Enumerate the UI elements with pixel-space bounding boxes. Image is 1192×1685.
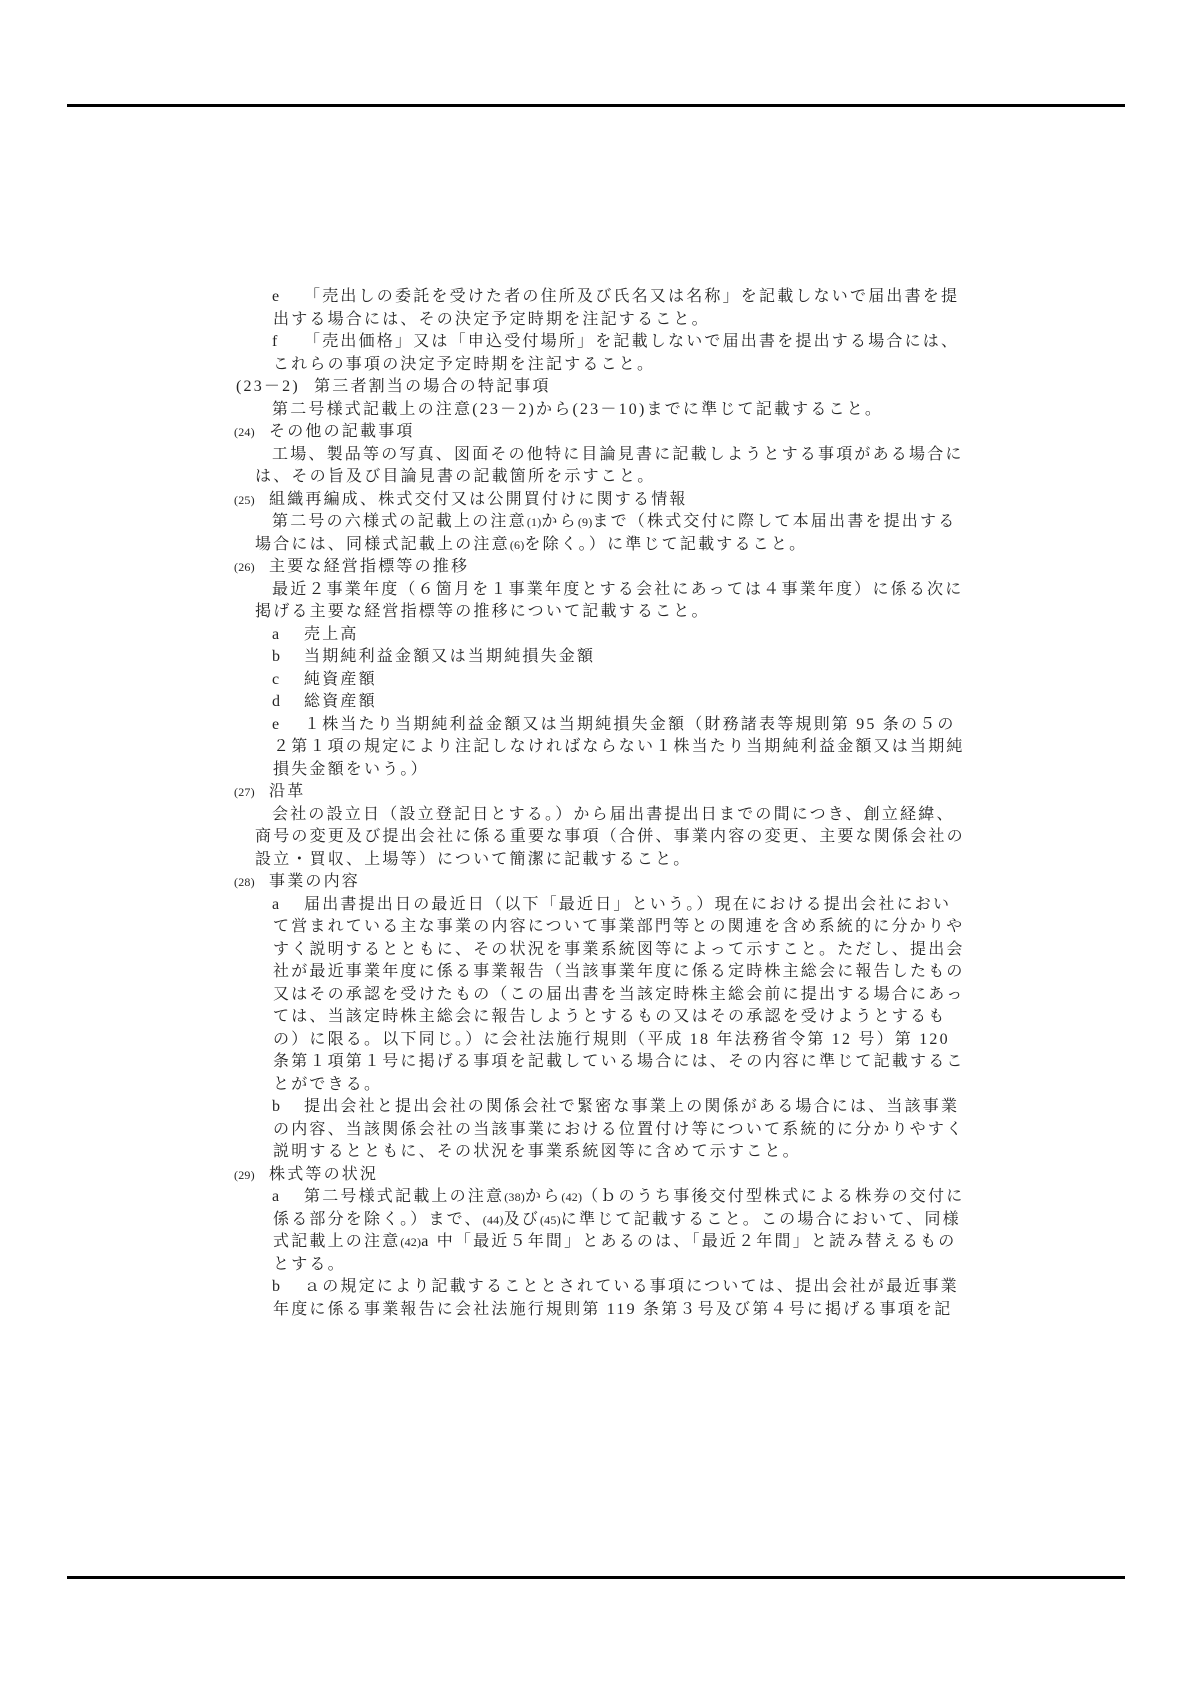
item-marker: b — [272, 1276, 282, 1299]
text-block: e １株当たり当期純利益金額又は当期純損失金額（財務諸表等規則第 95 条の５の… — [236, 714, 968, 782]
item-text: 純資産額 — [304, 671, 377, 688]
text-block: 工場、製品等の写真、図面その他特に目論見書に記載しようとする事項がある場合には、… — [236, 444, 968, 489]
item-marker: (24) — [234, 421, 255, 444]
item-text: 提出会社と提出会社の関係会社で緊密な事業上の関係がある場合には、当該事業の内容、… — [273, 1098, 964, 1160]
text-block: b 提出会社と提出会社の関係会社で緊密な事業上の関係がある場合には、当該事業の内… — [236, 1096, 968, 1164]
compact-ref-number: (6) — [510, 538, 525, 552]
item-text: １株当たり当期純利益金額又は当期純損失金額（財務諸表等規則第 95 条の５の２第… — [273, 716, 965, 778]
item-marker: (26) — [234, 556, 255, 579]
item-text: ａの規定により記載することとされている事項については、提出会社が最近事業年度に係… — [273, 1278, 959, 1318]
item-marker: f — [272, 331, 280, 354]
text-block: (26) 主要な経営指標等の推移 — [236, 556, 968, 579]
compact-ref-number: (38) — [504, 1190, 525, 1204]
item-marker: a — [272, 1186, 281, 1209]
text-block: (28) 事業の内容 — [236, 871, 968, 894]
item-marker: (28) — [234, 871, 255, 894]
text-block: e 「売出しの委託を受けた者の住所及び氏名又は名称」を記載しないで届出書を提出す… — [236, 286, 968, 331]
text-block: b ａの規定により記載することとされている事項については、提出会社が最近事業年度… — [236, 1276, 968, 1321]
item-marker: e — [272, 286, 281, 309]
compact-ref-number: (1) — [527, 515, 542, 529]
item-text: 第二号様式記載上の注意(38)から(42)（ｂのうち事後交付型株式による株券の交… — [273, 1188, 964, 1273]
item-text: 最近２事業年度（６箇月を１事業年度とする会社にあっては４事業年度）に係る次に掲げ… — [255, 581, 963, 621]
item-marker: (27) — [234, 781, 255, 804]
item-marker: (29) — [234, 1164, 255, 1187]
item-text: 総資産額 — [304, 693, 377, 710]
text-block: (27) 沿革 — [236, 781, 968, 804]
item-marker: c — [272, 669, 281, 692]
item-marker: b — [272, 1096, 282, 1119]
item-text: 届出書提出日の最近日（以下「最近日」という。）現在における提出会社において営まれ… — [273, 896, 965, 1093]
item-text: 会社の設立日（設立登記日とする。）から届出書提出日までの間につき、創立経緯、商号… — [255, 806, 965, 868]
item-text: 組織再編成、株式交付又は公開買付けに関する情報 — [269, 491, 688, 508]
compact-ref-number: (9) — [578, 515, 593, 529]
text-block: b 当期純利益金額又は当期純損失金額 — [236, 646, 968, 669]
item-marker: a — [272, 894, 281, 917]
text-block: 第二号の六様式の記載上の注意(1)から(9)まで（株式交付に際して本届出書を提出… — [236, 511, 968, 556]
text-block: a 売上高 — [236, 624, 968, 647]
document-body: e 「売出しの委託を受けた者の住所及び氏名又は名称」を記載しないで届出書を提出す… — [236, 286, 968, 1321]
text-block: (24) その他の記載事項 — [236, 421, 968, 444]
text-block: 最近２事業年度（６箇月を１事業年度とする会社にあっては４事業年度）に係る次に掲げ… — [236, 579, 968, 624]
text-block: (25) 組織再編成、株式交付又は公開買付けに関する情報 — [236, 489, 968, 512]
text-block: (29) 株式等の状況 — [236, 1164, 968, 1187]
item-text: 第二号の六様式の記載上の注意(1)から(9)まで（株式交付に際して本届出書を提出… — [255, 513, 956, 553]
bottom-rule — [67, 1576, 1125, 1579]
item-text: 第三者割当の場合の特記事項 — [314, 378, 551, 395]
item-text: 事業の内容 — [269, 873, 360, 890]
text-block: c 純資産額 — [236, 669, 968, 692]
item-marker: e — [272, 714, 281, 737]
item-text: その他の記載事項 — [269, 423, 415, 440]
item-text: 第二号様式記載上の注意(23－2)から(23－10)までに準じて記載すること。 — [272, 401, 883, 418]
item-text: 「売出しの委託を受けた者の住所及び氏名又は名称」を記載しないで届出書を提出する場… — [273, 288, 959, 328]
item-marker: a — [272, 624, 281, 647]
item-marker: d — [272, 691, 282, 714]
item-marker: b — [272, 646, 282, 669]
document-page: e 「売出しの委託を受けた者の住所及び氏名又は名称」を記載しないで届出書を提出す… — [0, 0, 1192, 1685]
item-marker: (25) — [234, 489, 255, 512]
text-block: d 総資産額 — [236, 691, 968, 714]
item-text: 沿革 — [269, 783, 305, 800]
text-block: 第二号様式記載上の注意(23－2)から(23－10)までに準じて記載すること。 — [236, 399, 968, 422]
item-text: 売上高 — [304, 626, 359, 643]
top-rule — [67, 104, 1125, 107]
compact-ref-number: (42) — [561, 1190, 582, 1204]
text-block: f 「売出価格」又は「申込受付場所」を記載しないで届出書を提出する場合には、これ… — [236, 331, 968, 376]
item-text: 当期純利益金額又は当期純損失金額 — [304, 648, 595, 665]
item-text: 株式等の状況 — [269, 1166, 378, 1183]
text-block: 会社の設立日（設立登記日とする。）から届出書提出日までの間につき、創立経緯、商号… — [236, 804, 968, 872]
item-text: 「売出価格」又は「申込受付場所」を記載しないで届出書を提出する場合には、これらの… — [273, 333, 959, 373]
text-block: (23－2) 第三者割当の場合の特記事項 — [236, 376, 968, 399]
text-block: a 第二号様式記載上の注意(38)から(42)（ｂのうち事後交付型株式による株券… — [236, 1186, 968, 1276]
text-block: a 届出書提出日の最近日（以下「最近日」という。）現在における提出会社において営… — [236, 894, 968, 1097]
item-marker: (23－2) — [236, 378, 300, 395]
item-text: 工場、製品等の写真、図面その他特に目論見書に記載しようとする事項がある場合には、… — [255, 446, 964, 486]
item-text: 主要な経営指標等の推移 — [269, 558, 469, 575]
compact-ref-number: (45) — [540, 1213, 561, 1227]
compact-ref-number: (42) — [400, 1235, 421, 1249]
compact-ref-number: (44) — [483, 1213, 504, 1227]
